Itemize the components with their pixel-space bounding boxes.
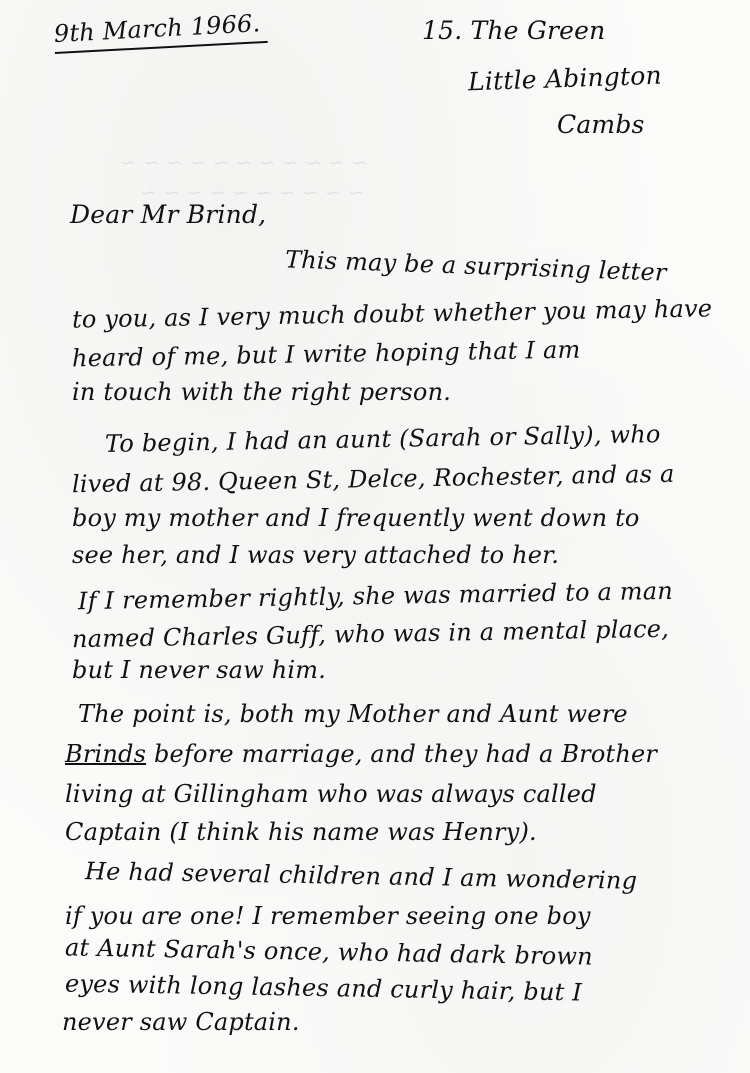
bleed-through-text: ~ ~ ~ ~ ~ ~ ~ ~ ~ ~ ~ — [120, 150, 368, 174]
body-line: but I never saw him. — [72, 656, 326, 684]
underlined-surname: Brinds — [65, 740, 146, 768]
body-line: never saw Captain. — [62, 1008, 300, 1036]
body-line: see her, and I was very attached to her. — [72, 541, 559, 569]
body-line: if you are one! I remember seeing one bo… — [65, 902, 591, 930]
salutation: Dear Mr Brind, — [70, 200, 266, 229]
body-line: to you, as I very much doubt whether you… — [72, 294, 713, 333]
body-line: living at Gillingham who was always call… — [65, 780, 597, 808]
body-line: named Charles Guff, who was in a mental … — [72, 615, 669, 653]
body-line-rest: before marriage, and they had a Brother — [154, 740, 657, 768]
body-line: If I remember rightly, she was married t… — [78, 577, 673, 615]
address-line-3: Cambs — [557, 110, 645, 139]
body-line: lived at 98. Queen St, Delce, Rochester,… — [72, 460, 675, 499]
body-line-with-underline: Brinds before marriage, and they had a B… — [65, 740, 657, 768]
body-line: eyes with long lashes and curly hair, bu… — [65, 969, 582, 1006]
letter-date: 9th March 1966. — [53, 9, 267, 54]
body-line: To begin, I had an aunt (Sarah or Sally)… — [105, 420, 661, 458]
body-line: He had several children and I am wonderi… — [85, 857, 638, 895]
body-line: The point is, both my Mother and Aunt we… — [78, 700, 628, 728]
body-line: boy my mother and I frequently went down… — [72, 504, 640, 532]
address-line-1: 15. The Green — [422, 16, 605, 45]
body-line: heard of me, but I write hoping that I a… — [72, 336, 581, 373]
body-line: in touch with the right person. — [72, 378, 451, 406]
letter-page: ~ ~ ~ ~ ~ ~ ~ ~ ~ ~ ~ ~ ~ ~ ~ ~ ~ ~ ~ ~ … — [0, 0, 750, 1073]
address-line-2: Little Abington — [468, 61, 663, 97]
body-line: Captain (I think his name was Henry). — [65, 818, 537, 846]
body-line: at Aunt Sarah's once, who had dark brown — [65, 933, 593, 970]
body-line: This may be a surprising letter — [285, 245, 667, 286]
